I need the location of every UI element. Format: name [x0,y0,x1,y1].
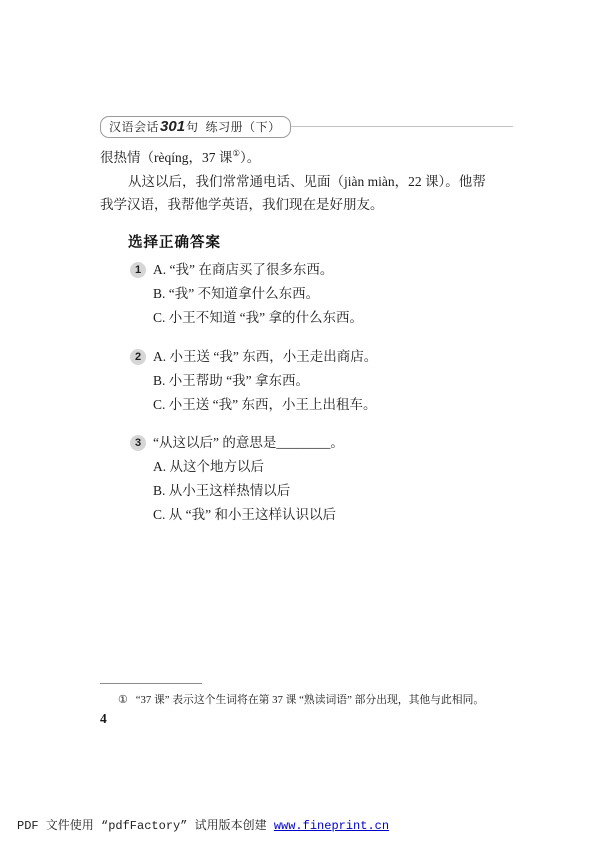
question-1-line-c: C. 小王不知道 “我” 拿的什么东西。 [130,306,520,330]
footnote-text: “37 课” 表示这个生词将在第 37 课 “熟读词语” 部分出现，其他与此相同… [136,694,484,706]
question-3-option-b: B. 从小王这样热情以后 [153,483,290,498]
question-1-option-b: B. “我” 不知道拿什么东西。 [153,286,319,301]
body-text: 很热情（rèqíng，37 课①）。 从这以后，我们常常通电话、见面（jiàn … [100,146,502,217]
footnote-reference: ① [232,148,240,158]
watermark-text: PDF 文件使用 “pdfFactory” 试用版本创建 [17,819,274,833]
page-number: 4 [100,711,107,727]
watermark: PDF 文件使用 “pdfFactory” 试用版本创建 www.finepri… [17,816,389,833]
book-part-title: 练习册（下） [206,120,281,134]
question-1-option-a: A. “我” 在商店买了很多东西。 [153,262,333,277]
question-3: 3“从这以后” 的意思是________。 A. 从这个地方以后 B. 从小王这… [130,431,520,527]
body-paragraph-2-line-2: 我学汉语，我帮他学英语，我们现在是好朋友。 [100,193,502,217]
body-paragraph-2-line-1: 从这以后，我们常常通电话、见面（jiàn miàn，22 课）。他帮 [100,170,502,194]
question-2-line-b: B. 小王帮助 “我” 拿东西。 [130,369,520,393]
series-name: 汉语会话 [109,120,159,134]
question-3-option-a: A. 从这个地方以后 [153,459,264,474]
question-1-line-a: 1A. “我” 在商店买了很多东西。 [130,258,520,282]
question-3-line-b: B. 从小王这样热情以后 [130,479,520,503]
question-2-line-a: 2A. 小王送 “我” 东西，小王走出商店。 [130,345,520,369]
exercise-section-title: 选择正确答案 [128,231,221,252]
footnote-marker: ① [118,693,128,708]
question-2-line-c: C. 小王送 “我” 东西，小王上出租车。 [130,393,520,417]
question-1-option-c: C. 小王不知道 “我” 拿的什么东西。 [153,310,363,325]
question-2-option-a: A. 小王送 “我” 东西，小王走出商店。 [153,349,377,364]
footnote-divider [100,683,202,684]
paragraph-1-text: 很热情（rèqíng，37 课 [100,150,232,165]
series-suffix: 句 [186,120,199,134]
question-3-stem-line: 3“从这以后” 的意思是________。 [130,431,520,455]
question-1-line-b: B. “我” 不知道拿什么东西。 [130,282,520,306]
question-2-option-c: C. 小王送 “我” 东西，小王上出租车。 [153,397,377,412]
question-3-stem: “从这以后” 的意思是________。 [153,435,344,450]
pdf-page: 汉语会话301句练习册（下） 很热情（rèqíng，37 课①）。 从这以后，我… [0,0,595,842]
question-1-number-badge: 1 [130,262,146,278]
fineprint-link[interactable]: www.fineprint.cn [274,819,389,833]
question-3-number-badge: 3 [130,435,146,451]
question-2: 2A. 小王送 “我” 东西，小王走出商店。 B. 小王帮助 “我” 拿东西。 … [130,345,520,417]
question-1: 1A. “我” 在商店买了很多东西。 B. “我” 不知道拿什么东西。 C. 小… [130,258,520,330]
book-title-badge: 汉语会话301句练习册（下） [100,116,291,138]
body-paragraph-1: 很热情（rèqíng，37 课①）。 [100,146,502,170]
question-3-line-c: C. 从 “我” 和小王这样认识以后 [130,503,520,527]
footnote: ①“37 课” 表示这个生词将在第 37 课 “熟读词语” 部分出现，其他与此相… [100,693,500,708]
series-number: 301 [159,118,186,135]
question-2-option-b: B. 小王帮助 “我” 拿东西。 [153,373,309,388]
question-3-line-a: A. 从这个地方以后 [130,455,520,479]
question-2-number-badge: 2 [130,349,146,365]
paragraph-1-end: ）。 [240,150,260,165]
question-3-option-c: C. 从 “我” 和小王这样认识以后 [153,507,336,522]
page-header: 汉语会话301句练习册（下） [100,116,513,136]
